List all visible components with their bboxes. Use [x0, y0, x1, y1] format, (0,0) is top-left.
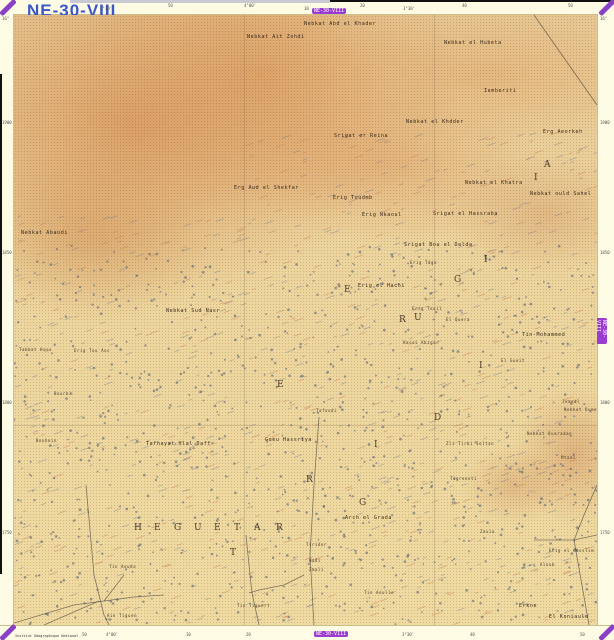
region-letter: D — [434, 413, 441, 423]
top-tick: 40 — [462, 3, 467, 8]
place-label: Srigat er Reina — [334, 133, 388, 139]
place-label: Zauia — [480, 529, 495, 534]
place-label: El Gueit — [501, 358, 525, 363]
top-tick: 20 — [360, 3, 365, 8]
place-label: Nebkat el Khdder — [406, 119, 464, 125]
region-letter: I — [479, 361, 483, 371]
place-label: Nebkat el Hubeta — [444, 40, 502, 46]
place-label: Tabbat Hass — [19, 347, 52, 352]
region-letter: I — [534, 173, 538, 183]
top-tick: 3°30' — [403, 6, 415, 11]
place-label: Tin-Mohammed — [522, 332, 565, 338]
place-label: Tin Aoulle — [364, 590, 394, 595]
place-label: Nebkat Oumelou — [564, 407, 597, 412]
bottom-tick: 10 — [186, 632, 191, 637]
place-label: Tin Aouda — [109, 564, 136, 569]
right-tick: 1750 — [600, 530, 610, 535]
region-letter: T — [234, 523, 240, 533]
bottom-tick: 50 — [580, 632, 585, 637]
region-letter: R — [399, 315, 406, 325]
region-letter: I — [484, 255, 488, 265]
place-label: Tigreenti — [450, 476, 477, 481]
place-label: Bourbi — [54, 391, 72, 396]
place-label: Nebkat Ouaradan — [527, 431, 572, 436]
place-label: Hassi Abzgar — [403, 340, 439, 345]
place-label: Erig Touil — [412, 306, 442, 311]
place-label: Tiridor — [306, 542, 327, 547]
place-label: Tin Tiguert — [237, 603, 270, 608]
region-letter: A — [254, 523, 261, 533]
region-letter: E — [344, 285, 351, 295]
left-tick: 1900 — [2, 120, 12, 125]
place-label: Zli Tirbi Soltan — [446, 441, 494, 446]
place-label: Erig el Gasslim — [549, 548, 594, 553]
region-letter: R — [276, 523, 283, 533]
place-label: Tafoudi — [316, 408, 337, 413]
place-label: Nebkat Ait Zohdi — [247, 34, 305, 40]
place-label: Nebkat ould Sahel — [530, 191, 591, 197]
credits-text: Institut Géographique National — [15, 634, 78, 638]
bottom-tick: 3°30' — [402, 632, 414, 637]
region-letter: E — [154, 523, 161, 533]
place-label: Erg Aeorkeh — [543, 129, 583, 135]
bottom-sheet-stamp: NE-30-VIII — [314, 631, 348, 637]
bottom-tick: 50 — [82, 632, 87, 637]
right-tick: 1850 — [600, 250, 610, 255]
place-label: Mtaal — [561, 455, 576, 460]
place-label: Srigat el Hassraba — [433, 211, 498, 217]
place-label: Erig Tou Aoc — [74, 348, 110, 353]
region-letter: H — [134, 523, 142, 533]
top-sheet-stamp: NE-30-VIII — [312, 8, 346, 14]
left-tick: 1800 — [2, 400, 12, 405]
place-label: El Quera — [446, 317, 470, 322]
map-canvas[interactable]: Nebkat Ait Zohdi Nebkat Abd el Khader Ne… — [14, 15, 597, 625]
place-label: Erig Tdgo — [410, 260, 437, 265]
place-label: Nebkat Sud Nasr — [166, 308, 220, 314]
top-tick: 10 — [304, 6, 309, 11]
place-label: Erig Nkaoul — [362, 212, 402, 218]
place-label: Bouhein — [36, 438, 57, 443]
place-label: Erig Toudmb — [333, 195, 373, 201]
bottom-frame — [0, 625, 614, 640]
region-letter: U — [194, 523, 202, 533]
left-black-stripe — [0, 74, 2, 574]
region-letter: A — [544, 160, 551, 170]
place-label: Hadi — [309, 558, 321, 563]
region-letter: E — [277, 380, 284, 390]
left-tick: 16° — [2, 16, 9, 21]
place-label: Arch el Grada — [345, 515, 392, 521]
map-sheet: NE-30-VIII NE-30-VIII NE-30-VIII NE-30-V… — [0, 0, 614, 640]
top-tick: 50 — [568, 3, 573, 8]
left-tick: 1850 — [2, 250, 12, 255]
place-label: Nebkat Abd el Khader — [304, 21, 376, 27]
region-letter: R — [306, 475, 313, 485]
place-label: Jemedl — [562, 399, 580, 404]
place-label: Erig el Hachi — [358, 283, 405, 289]
place-label: Zmali — [309, 567, 324, 572]
place-label: Erg Aud el Shekfar — [234, 185, 299, 191]
place-label: Nebkat el Khatra — [465, 180, 523, 186]
bottom-tick: 20 — [246, 632, 251, 637]
region-letter: G — [454, 275, 461, 285]
top-tick: 4°30' — [100, 6, 112, 11]
top-tick: 4°00' — [244, 3, 256, 8]
region-letter: G — [359, 498, 366, 508]
bottom-tick: 4°00' — [106, 632, 118, 637]
place-label: Aloub — [540, 562, 555, 567]
bottom-tick: 40 — [470, 632, 475, 637]
top-tick: 50 — [168, 3, 173, 8]
region-letter: G — [174, 523, 181, 533]
right-tick: 1900 — [600, 120, 610, 125]
region-letter: E — [214, 523, 221, 533]
place-label: Gueu Hassriya — [265, 437, 312, 443]
left-tick: 1750 — [2, 530, 12, 535]
right-tick: 16° — [600, 16, 607, 21]
map-features-layer — [14, 15, 597, 625]
place-label: Ain Tiguen — [107, 613, 137, 618]
region-letter: U — [414, 313, 422, 323]
place-label: Tafhayat Hlal Daff — [146, 441, 211, 447]
place-label: Srigat Bou el Dalda — [404, 242, 473, 248]
region-letter: T — [230, 548, 236, 558]
place-label: Iemberiti — [484, 88, 517, 94]
region-letter: I — [374, 440, 378, 450]
place-label: Nebkat Abaudi — [21, 230, 68, 236]
place-label: Erkne — [519, 603, 537, 609]
right-tick: 1800 — [600, 400, 610, 405]
place-label: El Koniaule — [549, 614, 589, 620]
